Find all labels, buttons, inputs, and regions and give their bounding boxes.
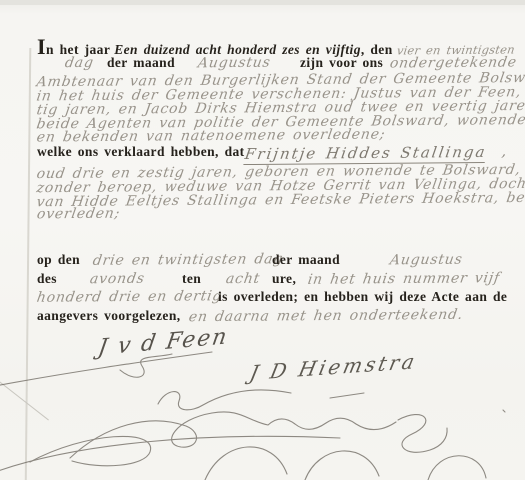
scan-fold-line [25,48,32,480]
witness-signature-hiemstra: J D Hiemstra [248,349,420,385]
witness-signature-feen: J v d Feen [96,324,230,361]
act-line-1: In het jaar Een duizend acht honderd zes… [37,34,514,52]
printed-text: ten [182,271,201,287]
paper-crease [0,377,49,421]
printed-text: is overleden; en hebben wij deze Acte aa… [218,289,507,305]
handwritten-house-number: honderd drie en dertig [36,288,224,306]
act-line-15: honderd drie en dertig is overleden; en … [37,289,519,307]
printed-text: op den [37,252,80,268]
act-line-16: aangevers voorgelezen, en daarna met hen… [37,308,519,326]
printed-text: der maand [107,55,175,71]
handwritten-text: avonds [89,271,146,287]
act-line-7: en bekenden van natenoemene overledene; [37,127,385,145]
handwritten-text: en bekenden van natenoemene overledene; [36,126,387,145]
handwritten-text: in het huis nummer vijf [307,270,501,288]
act-line-12: overleden; [37,205,120,223]
act-line-8: welke ons verklaard hebben, dat Frijntje… [37,144,519,162]
printed-text: der maand [272,252,340,268]
act-line-14: des avonds ten acht ure, in het huis num… [37,271,519,289]
act-line-13: op den drie en twintigsten dag der maand… [37,252,519,270]
printed-text: zijn voor ons [300,55,383,71]
scan-edge-top [0,0,525,5]
handwritten-text: overleden; [36,206,122,223]
printed-text: ure, [272,271,296,287]
handwritten-month: Augustus [197,55,272,72]
handwritten-text: ondergetekende [389,54,518,71]
printed-text: aangevers voorgelezen, [37,308,181,324]
handwritten-text: dag [64,55,95,71]
handwritten-month: Augustus [389,252,464,269]
handwritten-text: , [501,144,509,160]
printed-text: des [37,271,57,287]
printed-text: welke ons verklaard hebben, dat [37,144,245,160]
handwritten-hour: acht [225,271,261,287]
death-certificate-document: In het jaar Een duizend acht honderd zes… [0,0,525,480]
handwritten-death-day: drie en twintigsten dag [92,251,285,269]
handwritten-text: en daarna met hen onderteekend. [188,307,465,325]
